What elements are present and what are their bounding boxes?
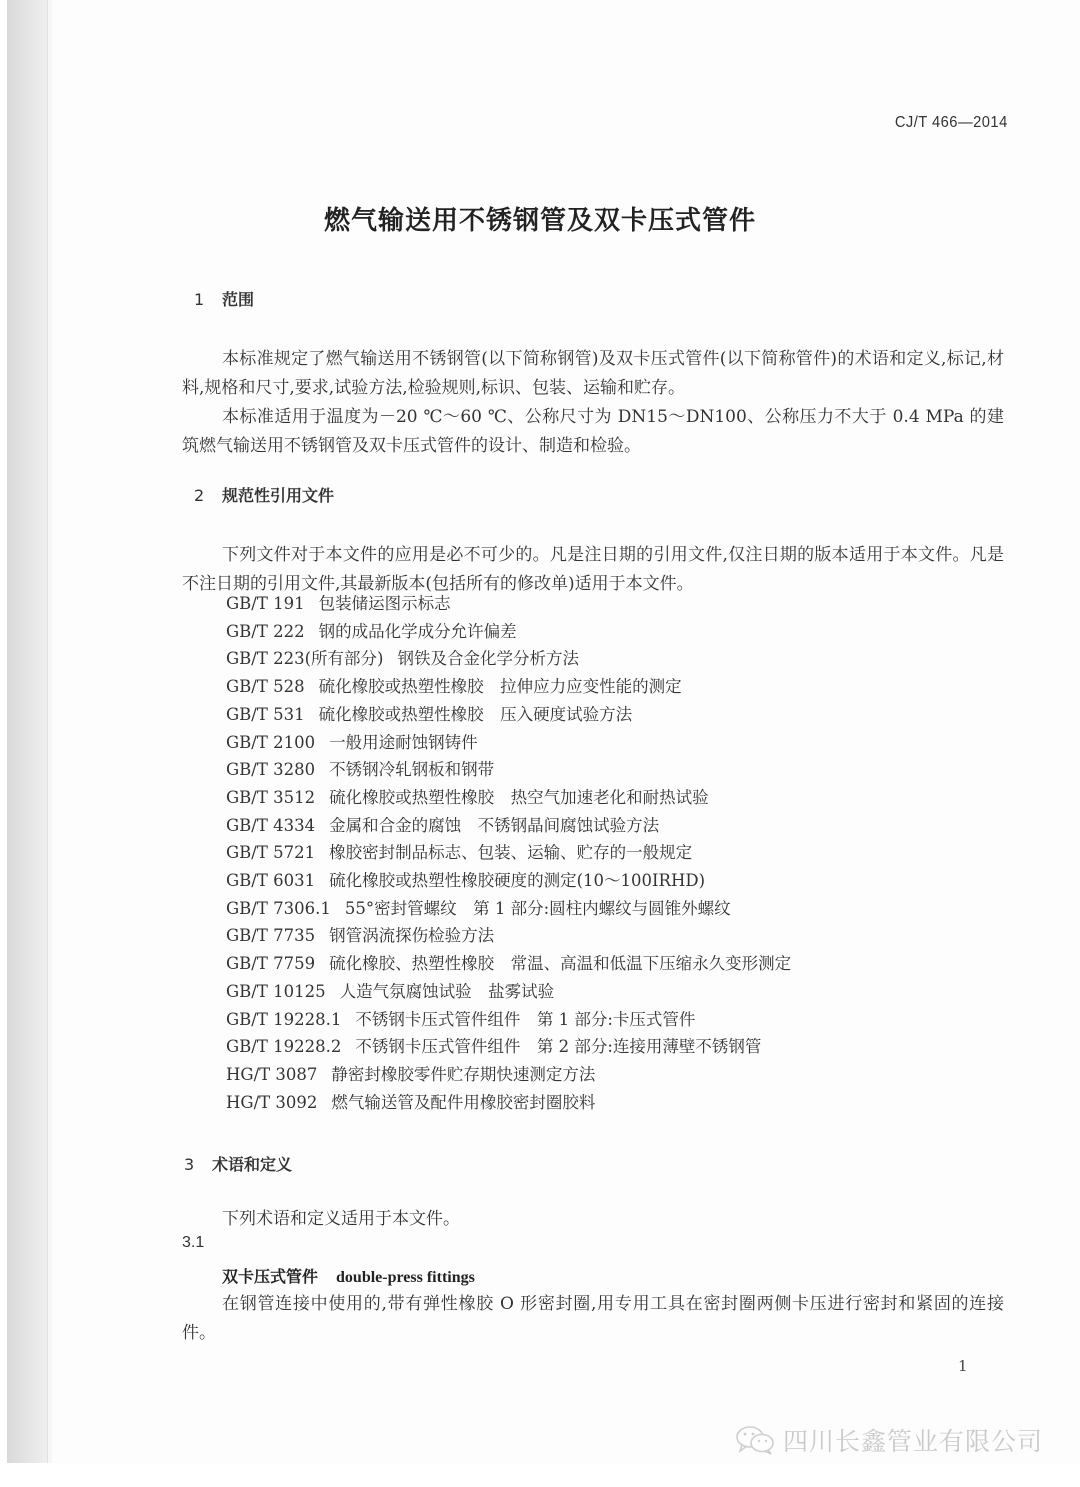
section-3-heading: 3术语和定义	[184, 1152, 292, 1175]
reference-code: GB/T 531	[226, 701, 305, 729]
reference-code: GB/T 2100	[226, 729, 315, 757]
section-number: 3	[184, 1155, 212, 1174]
reference-item: GB/T 3512硫化橡胶或热塑性橡胶 热空气加速老化和耐热试验	[226, 784, 791, 812]
reference-item: GB/T 191包装储运图示标志	[226, 590, 791, 618]
reference-code: GB/T 3512	[226, 784, 315, 812]
reference-title: 包装储运图示标志	[319, 594, 451, 613]
term-english: double-press fittings	[336, 1269, 475, 1286]
reference-title: 不锈钢冷轧钢板和钢带	[329, 760, 494, 779]
reference-item: HG/T 3092燃气输送管及配件用橡胶密封圈胶料	[226, 1089, 791, 1117]
watermark: 四川长鑫管业有限公司	[735, 1422, 1043, 1458]
reference-item: GB/T 7759硫化橡胶、热塑性橡胶 常温、高温和低温下压缩永久变形测定	[226, 950, 791, 978]
reference-item: GB/T 7735钢管涡流探伤检验方法	[226, 922, 791, 950]
reference-title: 不锈钢卡压式管件组件 第 1 部分:卡压式管件	[355, 1010, 695, 1029]
term-entry: 双卡压式管件double-press fittings	[222, 1264, 475, 1287]
reference-title: 人造气氛腐蚀试验 盐雾试验	[340, 982, 555, 1001]
section-title: 术语和定义	[212, 1155, 292, 1174]
term-chinese: 双卡压式管件	[222, 1267, 318, 1286]
reference-title: 金属和合金的腐蚀 不锈钢晶间腐蚀试验方法	[329, 816, 659, 835]
reference-item: GB/T 19228.1不锈钢卡压式管件组件 第 1 部分:卡压式管件	[226, 1006, 791, 1034]
reference-title: 橡胶密封制品标志、包装、运输、贮存的一般规定	[329, 843, 692, 862]
document-title: 燃气输送用不锈钢管及双卡压式管件	[0, 200, 1080, 237]
section-1-paragraph-1: 本标准规定了燃气输送用不锈钢管(以下简称钢管)及双卡压式管件(以下简称管件)的术…	[182, 345, 1004, 403]
reference-item: GB/T 222钢的成品化学成分允许偏差	[226, 618, 791, 646]
normative-references-list: GB/T 191包装储运图示标志 GB/T 222钢的成品化学成分允许偏差 GB…	[226, 590, 791, 1116]
reference-code: GB/T 528	[226, 673, 305, 701]
reference-code: HG/T 3092	[226, 1089, 317, 1117]
reference-code: GB/T 10125	[226, 978, 326, 1006]
reference-title: 钢铁及合金化学分析方法	[397, 649, 579, 668]
reference-title: 硫化橡胶或热塑性橡胶 压入硬度试验方法	[319, 705, 633, 724]
reference-title: 硫化橡胶或热塑性橡胶 热空气加速老化和耐热试验	[329, 788, 709, 807]
watermark-text: 四川长鑫管业有限公司	[783, 1422, 1043, 1458]
reference-code: HG/T 3087	[226, 1061, 317, 1089]
page-number: 1	[958, 1357, 968, 1375]
reference-title: 钢的成品化学成分允许偏差	[319, 622, 517, 641]
section-1-paragraph-2: 本标准适用于温度为－20 ℃～60 ℃、公称尺寸为 DN15～DN100、公称压…	[182, 403, 1004, 461]
reference-code: GB/T 223(所有部分)	[226, 645, 383, 673]
section-title: 规范性引用文件	[222, 486, 334, 505]
reference-code: GB/T 19228.2	[226, 1033, 341, 1061]
reference-code: GB/T 222	[226, 618, 305, 646]
term-definition: 在钢管连接中使用的,带有弹性橡胶 O 形密封圈,用专用工具在密封圈两侧卡压进行密…	[182, 1290, 1004, 1348]
section-number: 1	[194, 290, 222, 309]
section-1-heading: 1范围	[194, 287, 254, 310]
reference-code: GB/T 6031	[226, 867, 315, 895]
reference-item: GB/T 3280不锈钢冷轧钢板和钢带	[226, 756, 791, 784]
reference-title: 钢管涡流探伤检验方法	[329, 926, 494, 945]
reference-code: GB/T 7735	[226, 922, 315, 950]
reference-item: HG/T 3087静密封橡胶零件贮存期快速测定方法	[226, 1061, 791, 1089]
subsection-number: 3.1	[182, 1234, 204, 1252]
wechat-icon	[735, 1424, 777, 1456]
reference-title: 硫化橡胶或热塑性橡胶 拉伸应力应变性能的测定	[319, 677, 682, 696]
reference-item: GB/T 10125人造气氛腐蚀试验 盐雾试验	[226, 978, 791, 1006]
reference-item: GB/T 5721橡胶密封制品标志、包装、运输、贮存的一般规定	[226, 839, 791, 867]
reference-code: GB/T 3280	[226, 756, 315, 784]
reference-title: 燃气输送管及配件用橡胶密封圈胶料	[331, 1093, 595, 1112]
reference-item: GB/T 531硫化橡胶或热塑性橡胶 压入硬度试验方法	[226, 701, 791, 729]
reference-item: GB/T 2100一般用途耐蚀钢铸件	[226, 729, 791, 757]
standard-code: CJ/T 466—2014	[895, 114, 1008, 132]
reference-title: 一般用途耐蚀钢铸件	[329, 733, 478, 752]
reference-code: GB/T 4334	[226, 812, 315, 840]
reference-item: GB/T 7306.155°密封管螺纹 第 1 部分:圆柱内螺纹与圆锥外螺纹	[226, 895, 791, 923]
section-3-paragraph-1: 下列术语和定义适用于本文件。	[182, 1205, 1004, 1234]
reference-title: 硫化橡胶、热塑性橡胶 常温、高温和低温下压缩永久变形测定	[329, 954, 791, 973]
reference-title: 硫化橡胶或热塑性橡胶硬度的测定(10～100IRHD)	[329, 871, 705, 890]
section-number: 2	[194, 486, 222, 505]
reference-code: GB/T 191	[226, 590, 305, 618]
reference-code: GB/T 7759	[226, 950, 315, 978]
reference-title: 55°密封管螺纹 第 1 部分:圆柱内螺纹与圆锥外螺纹	[345, 899, 731, 918]
reference-title: 不锈钢卡压式管件组件 第 2 部分:连接用薄壁不锈钢管	[355, 1037, 761, 1056]
reference-item: GB/T 4334金属和合金的腐蚀 不锈钢晶间腐蚀试验方法	[226, 812, 791, 840]
reference-item: GB/T 19228.2不锈钢卡压式管件组件 第 2 部分:连接用薄壁不锈钢管	[226, 1033, 791, 1061]
reference-item: GB/T 223(所有部分)钢铁及合金化学分析方法	[226, 645, 791, 673]
reference-item: GB/T 6031硫化橡胶或热塑性橡胶硬度的测定(10～100IRHD)	[226, 867, 791, 895]
section-2-heading: 2规范性引用文件	[194, 483, 334, 506]
section-title: 范围	[222, 290, 254, 309]
reference-item: GB/T 528硫化橡胶或热塑性橡胶 拉伸应力应变性能的测定	[226, 673, 791, 701]
reference-title: 静密封橡胶零件贮存期快速测定方法	[331, 1065, 595, 1084]
reference-code: GB/T 7306.1	[226, 895, 331, 923]
reference-code: GB/T 5721	[226, 839, 315, 867]
reference-code: GB/T 19228.1	[226, 1006, 341, 1034]
